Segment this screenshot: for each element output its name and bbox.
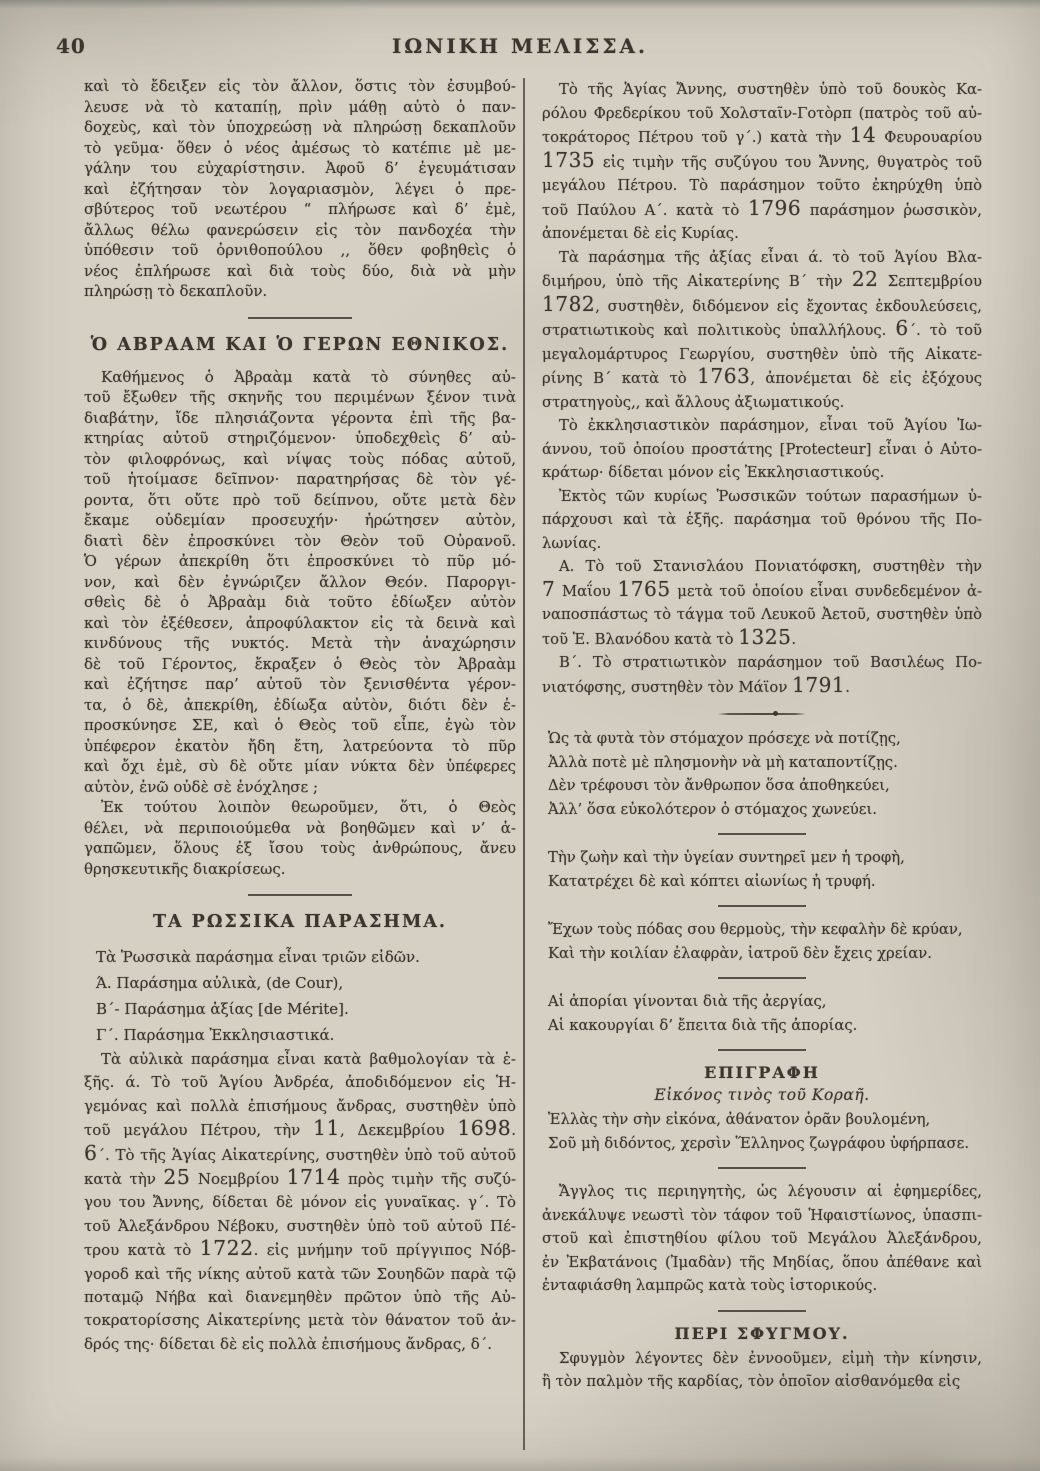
text-line: νον, καὶ δὲν ἐγνώριζεν ἄλλον Θεόν. Παρορ… (84, 572, 516, 593)
text-line: Ὡς τὰ φυτὰ τὸν στόμαχον πρόσεχε νὰ ποτίζ… (548, 727, 982, 751)
date-numeral: 1791 (792, 673, 845, 697)
divider-rule (718, 711, 806, 716)
text-line: δοχεὺς, καὶ τὸν ὑποχρεώσῃ νὰ πληρώσῃ δεκ… (84, 117, 516, 138)
text-line: ἔκαμε οὐδεμίαν προσευχήν· ἠρώτησεν αὐτὸν… (84, 510, 516, 531)
text-line: τὸ γεῦμα· ὅθεν ὁ νέος ἀμέσως τὸ κατέπιε … (84, 138, 516, 159)
section-subtitle: Εἰκόνος τινὸς τοῦ Κοραῆ. (542, 1086, 982, 1104)
text-line: στρατηγοὺς,, καὶ ἄλλους ἀξιωματικούς. (542, 391, 982, 415)
text-line: Ὁ γέρων ἀπεκρίθη ὅτι ἐπροσκύνει τὸ πῦρ μ… (84, 551, 516, 572)
text-line: τοῦ ἡτοίμασε δεῖπνον· παρατηρήσας δὲ τὸν… (84, 469, 516, 490)
verse-block: Ἑλλὰς τὴν σὴν εἰκόνα, ἀθάνατον ὁρᾶν βουλ… (542, 1108, 982, 1155)
text-line: καὶ τὸν ἐξέθεσεν, ἀπροφύλακτον εἰς τὰ δε… (84, 613, 516, 634)
text-paragraph: Τὰ Ῥωσσικὰ παράσημα εἶναι τριῶν εἰδῶν.Ά.… (84, 944, 516, 1048)
date-numeral: 7 (542, 577, 555, 601)
text-line: λευσε νὰ τὸ καταπίῃ, πρὶν μάθῃ αὐτὸ ὁ πα… (84, 97, 516, 118)
text-line: ρίνης Β΄ κατὰ τὸ 1763, ἀπονέμεται δὲ εἰς… (542, 366, 982, 391)
text-line: σθεὶς δὲ ὁ Ἀβραὰμ διὰ τοῦτο ἐδίωξεν αὐτὸ… (84, 592, 516, 613)
text-line: γοροδ καὶ τῆς νίκης αὐτοῦ κατὰ τῶν Σουηδ… (84, 1263, 516, 1286)
text-line: Α. Τὸ τοῦ Στανισλάου Πονιατόφσκη, συστηθ… (542, 555, 982, 579)
text-paragraph: Τὰ παράσημα τῆς ἀξίας εἶναι ά. τὸ τοῦ Ἁγ… (542, 246, 982, 415)
text-line: Ἀλλὰ ποτὲ μὲ πλησμονὴν νὰ μὴ καταποντίζῃ… (548, 751, 982, 775)
left-column: καὶ τὸ ἔδειξεν εἰς τὸν ἄλλον, ὅστις τὸν … (84, 76, 516, 1356)
text-line: καὶ τὸ ἔδειξεν εἰς τὸν ἄλλον, ὅστις τὸν … (84, 76, 516, 97)
text-paragraph: Τὸ τῆς Ἁγίας Ἄννης, συστηθὲν ὑπὸ τοῦ δου… (542, 78, 982, 246)
text-line: Τὰ Ῥωσσικὰ παράσημα εἶναι τριῶν εἰδῶν. (84, 944, 516, 970)
text-line: ἢ τὸν παλμὸν τῆς καρδίας, τὸν ὁποῖον αἰσ… (542, 1370, 982, 1394)
text-line: Καθήμενος ὁ Ἀβραὰμ κατὰ τὸ σύνηθες αὐ- (84, 367, 516, 388)
text-line: θέλει, νὰ περιποιούμεθα νὰ βοηθῶμεν καὶ … (84, 818, 516, 839)
text-line: διαβάτην, ἴδε πλησιάζοντα γέροντα ἐπὶ τῆ… (84, 408, 516, 429)
verse-block: Ἔχων τοὺς πόδας σου θερμοὺς, τὴν κεφαλὴν… (542, 918, 982, 965)
text-line: Ἀλλ’ ὅσα εὐκολότερον ὁ στόμαχος χωνεύει. (548, 798, 982, 822)
text-paragraph: Β΄. Τὸ στρατιωτικὸν παράσημον τοῦ Βασιλέ… (542, 651, 982, 699)
text-line: στρατιωτικοὺς καὶ πολιτικοὺς ὑπαλλήλους.… (542, 318, 982, 343)
date-numeral: 1722 (200, 1236, 254, 1260)
divider-dot (773, 711, 778, 716)
text-line: τὸν φιλοφρόνως, καὶ νίψας τοὺς πόδας αὐτ… (84, 449, 516, 470)
divider-rule (718, 905, 806, 907)
date-numeral: 1796 (748, 196, 801, 220)
text-line: γάλην του εὐχαρίστησιν. Ἀφοῦ δ’ ἐγευμάτι… (84, 158, 516, 179)
text-line: ἀπονέμεται δὲ εἰς Κυρίας. (542, 222, 982, 246)
text-line: θρησκευτικῆς διακρίσεως. (84, 859, 516, 880)
text-line: Τὰ αὐλικὰ παράσημα εἶναι κατὰ βαθμολογία… (84, 1048, 516, 1071)
text-line: γου του Ἄννης, δίδεται δὲ μόνον εἰς γυνα… (84, 1191, 516, 1214)
text-line: Κατατρέχει δὲ καὶ κόπτει αἰωνίως ἡ τρυφή… (548, 870, 982, 894)
text-line: Γ΄. Παράσημα Ἐκκλησιαστικά. (84, 1022, 516, 1048)
text-line: προσκύνησε ΣΕ, καὶ ὁ Θεὸς τοῦ εἶπε, ἐγὼ … (84, 715, 516, 736)
divider-rule (718, 1049, 806, 1051)
text-line: Σφυγμὸν λέγοντες δὲν ἐννοοῦμεν, εἰμὴ τὴν… (542, 1347, 982, 1371)
text-line: πάρχουσι καὶ τὰ ἑξῆς. παράσημα τοῦ θρόνο… (542, 508, 982, 532)
text-paragraph: καὶ τὸ ἔδειξεν εἰς τὸν ἄλλον, ὅστις τὸν … (84, 76, 516, 302)
right-column: Τὸ τῆς Ἁγίας Ἄννης, συστηθὲν ὑπὸ τοῦ δου… (542, 78, 982, 1394)
text-line: τρου κατὰ τὸ 1722. εἰς μνήμην τοῦ πρίγγι… (84, 1238, 516, 1262)
text-line: στοῦ καὶ ἐπιστηθίου φίλου τοῦ Μεγάλου Ἀλ… (542, 1227, 982, 1251)
section-heading: ΠΕΡΙ ΣΦΥΓΜΟΥ. (542, 1324, 982, 1343)
text-line: ἄλλως θέλω φανερώσειν εἰς τὸν πανδοχέα τ… (84, 220, 516, 241)
text-line: τα, ὁ δὲ, ἀπεκρίθη, ἐδίωξα αὐτὸν, διότι … (84, 695, 516, 716)
text-line: άννου, τοῦ ὁποίου προστάτης [Protecteur]… (542, 438, 982, 462)
text-line: Τὸ ἐκκλησιαστικὸν παράσημον, εἶναι τοῦ Ἁ… (542, 414, 982, 438)
date-numeral: 1735 (542, 148, 595, 172)
text-line: ποταμῷ Νήβα καὶ διανεμηθὲν πρῶτον ὑπὸ τῆ… (84, 1286, 516, 1309)
date-numeral: 6 (84, 1141, 97, 1165)
text-paragraph: Α. Τὸ τοῦ Στανισλάου Πονιατόφσκη, συστηθ… (542, 555, 982, 651)
text-line: κράτωρ· δίδεται μόνον εἰς Ἐκκλησιαστικού… (542, 461, 982, 485)
text-line: τοκράτορος Πέτρου τοῦ γ΄.) κατὰ τὴν 14 Φ… (542, 125, 982, 150)
text-line: κινδύνους τῆς νυκτός. Μετὰ τὴν ἀναχώρησι… (84, 633, 516, 654)
text-line: 6΄. Τὸ τῆς Ἁγίας Αἰκατερίνης, συστηθὲν ὑ… (84, 1143, 516, 1167)
text-line: κατὰ τὴν 25 Νοεμβρίου 1714 πρὸς τιμὴν τῆ… (84, 1167, 516, 1191)
text-line: διατὶ δὲν ἐπροσκύνει τὸν Θεὸν τοῦ Οὐρανο… (84, 531, 516, 552)
text-line: κτηρίας αὐτοῦ στηριζόμενον· ὑποδεχθεὶς δ… (84, 428, 516, 449)
text-line: Β΄- Παράσημα ἀξίας [de Mérite]. (84, 996, 516, 1022)
date-numeral: 1765 (617, 577, 670, 601)
date-numeral: 1763 (697, 364, 750, 388)
text-line: ὑπόθεσιν τοῦ ὀρνιθοπούλου ,, ὅθεν φοβηθε… (84, 240, 516, 261)
text-line: ναποσπάστως τὸ τάγμα τοῦ Λευκοῦ Ἀετοῦ, σ… (542, 603, 982, 627)
divider-rule (718, 1310, 806, 1312)
text-line: Τὰ παράσημα τῆς ἀξίας εἶναι ά. τὸ τοῦ Ἁγ… (542, 246, 982, 270)
text-line: σβύτερος τοῦ νεωτέρου “ πλήρωσε καὶ δ’ ἐ… (84, 199, 516, 220)
date-numeral: 1714 (287, 1165, 341, 1189)
text-line: Δὲν τρέφουσι τὸν ἄνθρωπον ὅσα ἀποθηκεύει… (548, 774, 982, 798)
text-line: Β΄. Τὸ στρατιωτικὸν παράσημον τοῦ Βασιλέ… (542, 651, 982, 675)
text-paragraph: Ἐκ τούτου λοιπὸν θεωροῦμεν, ὅτι, ὁ Θεὸςθ… (84, 797, 516, 879)
text-line: ροντα, ὅτι οὔτε πρὸ τοῦ δείπνου, οὔτε με… (84, 490, 516, 511)
text-paragraph: Ἄγγλος τις περιηγητὴς, ὡς λέγουσιν αἱ ἐφ… (542, 1180, 982, 1298)
divider-rule (718, 977, 806, 979)
text-line: Σοῦ μὴ διδόντος, χερσὶν Ἕλληνος ζωγράφου… (548, 1132, 982, 1156)
text-line: τοῦ Ἀλεξάνδρου Νέβοκυ, συστηθὲν ὑπὸ τοῦ … (84, 1215, 516, 1238)
text-paragraph: Τὸ ἐκκλησιαστικὸν παράσημον, εἶναι τοῦ Ἁ… (542, 414, 982, 485)
text-line: Ά. Παράσημα αὐλικὰ, (de Cour), (84, 970, 516, 996)
date-numeral: 14 (850, 123, 877, 147)
text-line: Ἔχων τοὺς πόδας σου θερμοὺς, τὴν κεφαλὴν… (548, 918, 982, 942)
text-line: μεγαλομάρτυρος Γεωργίου, συστηθὲν ὑπὸ τῆ… (542, 343, 982, 367)
text-line: Αἱ κακουργίαι δ’ ἔπειτα διὰ τῆς ἀπορίας. (548, 1014, 982, 1038)
date-numeral: 1325 (738, 625, 791, 649)
section-heading: ΕΠΙΓΡΑΦΗ (542, 1063, 982, 1082)
divider-rule (718, 1167, 806, 1169)
verse-block: Τὴν ζωὴν καὶ τὴν ὑγείαν συντηρεῖ μεν ἡ τ… (542, 846, 982, 893)
text-line: Ἐκ τούτου λοιπὸν θεωροῦμεν, ὅτι, ὁ Θεὸς (84, 797, 516, 818)
text-line: Καὶ τὴν κοιλίαν ἐλαφρὰν, ἰατροῦ δὲν ἔχει… (548, 942, 982, 966)
date-numeral: 1782 (542, 292, 595, 316)
text-line: διμήρου, ὑπὸ τῆς Αἰκατερίνης Β΄ τὴν 22 Σ… (542, 269, 982, 294)
text-paragraph: Σφυγμὸν λέγοντες δὲν ἐννοοῦμεν, εἰμὴ τὴν… (542, 1347, 982, 1394)
date-numeral: 11 (313, 1116, 340, 1140)
text-line: τοῦ μεγάλου Πέτρου, τὴν 11, Δεκεμβρίου 1… (84, 1118, 516, 1142)
newspaper-page: 40 ΙΩΝΙΚΗ ΜΕΛΙΣΣΑ. καὶ τὸ ἔδειξεν εἰς τὸ… (0, 0, 1040, 1471)
text-line: πληρώσῃ τὸ δεκαπλοῦν. (84, 281, 516, 302)
text-line: ἀνεκάλυψε νεωστὶ τὸν τάφον τοῦ Ἡφαιστίων… (542, 1204, 982, 1228)
date-numeral: 6 (895, 316, 908, 340)
text-line: γεμόνας καὶ πολλὰ ἐπισήμους ἄνδρας, συστ… (84, 1095, 516, 1118)
text-line: 1782, συστηθὲν, διδόμενον εἰς ἔχοντας ἐκ… (542, 294, 982, 319)
text-line: νιατόφσης, συστηθὲν τὸν Μάϊον 1791. (542, 675, 982, 700)
divider-rule (248, 894, 352, 896)
text-line: δὲ τοῦ Γέροντος, ἔκραξεν ὁ Θεὸς τὸν Ἀβρα… (84, 654, 516, 675)
text-line: καὶ ἐζήτησαν τὸν λογαριασμὸν, λέγει ὁ πρ… (84, 179, 516, 200)
text-line: Ἐκτὸς τῶν κυρίως Ῥωσσικῶν τούτων παρασήμ… (542, 485, 982, 509)
text-line: ὑπέφερον ἑκατὸν ἤδη ἔτη, λατρεύοντα τὸ π… (84, 736, 516, 757)
date-numeral: 22 (852, 267, 879, 291)
section-heading: Ὁ ΑΒΡΑΑΜ ΚΑΙ Ὁ ΓΕΡΩΝ ΕΘΝΙΚΟΣ. (84, 335, 516, 355)
text-line: Αἱ ἀπορίαι γίνονται διὰ τῆς ἀεργίας, (548, 990, 982, 1014)
text-paragraph: Τὰ αὐλικὰ παράσημα εἶναι κατὰ βαθμολογία… (84, 1048, 516, 1356)
text-line: Ἄγγλος τις περιηγητὴς, ὡς λέγουσιν αἱ ἐφ… (542, 1180, 982, 1204)
column-divider-rule (523, 78, 525, 1450)
text-line: ρόλου Φρεδερίκου τοῦ Χολσταῖν-Γοτὸρπ (πα… (542, 102, 982, 126)
text-line: τοῦ Ἑ. Βλανόδου κατὰ τὸ 1325. (542, 627, 982, 652)
date-numeral: 1698 (457, 1116, 511, 1140)
text-line: νέος ἐπλήρωσε καὶ διὰ τοὺς δύο, διὰ νὰ μ… (84, 261, 516, 282)
text-line: 7 Μαΐου 1765 μετὰ τοῦ ὁποίου εἶναι συνδε… (542, 579, 982, 604)
verse-block: Ὡς τὰ φυτὰ τὸν στόμαχον πρόσεχε νὰ ποτίζ… (542, 727, 982, 821)
text-line: καὶ ὄχι ἐμὲ, σὺ δὲ οὔτε μίαν νύκτα δὲν ὑ… (84, 756, 516, 777)
text-line: Ἑλλὰς τὴν σὴν εἰκόνα, ἀθάνατον ὁρᾶν βουλ… (548, 1108, 982, 1132)
text-line: λωνίας. (542, 532, 982, 556)
section-heading: ΤΑ ΡΩΣΣΙΚΑ ΠΑΡΑΣΗΜΑ. (84, 912, 516, 932)
date-numeral: 25 (163, 1165, 190, 1189)
journal-title: ΙΩΝΙΚΗ ΜΕΛΙΣΣΑ. (0, 34, 1040, 58)
verse-block: Αἱ ἀπορίαι γίνονται διὰ τῆς ἀεργίας,Αἱ κ… (542, 990, 982, 1037)
text-line: ξῆς. ά. Τὸ τοῦ Ἁγίου Ἀνδρέα, ἀποδιδόμενο… (84, 1071, 516, 1094)
text-line: τοῦ ἔξωθεν τῆς σκηνῆς του περιμένων ξένο… (84, 387, 516, 408)
text-line: γαπῶμεν, ὅλους ἐξ ἴσου τοὺς ἀνθρώπους, ἄ… (84, 838, 516, 859)
text-line: δρός της· δίδεται δὲ εἰς πολλὰ ἐπισήμους… (84, 1333, 516, 1356)
text-line: καὶ ἐζήτησε παρ’ αὐτοῦ τὸν ξενισθέντα γέ… (84, 674, 516, 695)
text-line: τοῦ Παύλου Α΄. κατὰ τὸ 1796 παράσημον ῥω… (542, 198, 982, 223)
text-line: μεγάλου Πέτρου. Τὸ παράσημον τοῦτο ἐκηρύ… (542, 174, 982, 198)
divider-rule (248, 317, 352, 319)
text-line: ἐνταφιάσθη λαμπρῶς κατὰ τοὺς ἱστορικούς. (542, 1274, 982, 1298)
divider-rule (718, 833, 806, 835)
text-line: ἐν Ἐκβατάνοις (Ἰμαδὰν) τῆς Μηδίας, ὅπου … (542, 1251, 982, 1275)
text-line: Τὴν ζωὴν καὶ τὴν ὑγείαν συντηρεῖ μεν ἡ τ… (548, 846, 982, 870)
text-paragraph: Ἐκτὸς τῶν κυρίως Ῥωσσικῶν τούτων παρασήμ… (542, 485, 982, 556)
text-line: τοκρατορίσσης Αἰκατερίνης μετὰ τὸν θάνατ… (84, 1309, 516, 1332)
text-line: αὐτὸν, ἐνῶ οὐδὲ σὲ ἐνόχλησε ; (84, 777, 516, 798)
text-line: Τὸ τῆς Ἁγίας Ἄννης, συστηθὲν ὑπὸ τοῦ δου… (542, 78, 982, 102)
text-paragraph: Καθήμενος ὁ Ἀβραὰμ κατὰ τὸ σύνηθες αὐ-το… (84, 367, 516, 798)
text-line: 1735 εἰς τιμὴν τῆς συζύγου του Ἄννης, θυ… (542, 150, 982, 175)
